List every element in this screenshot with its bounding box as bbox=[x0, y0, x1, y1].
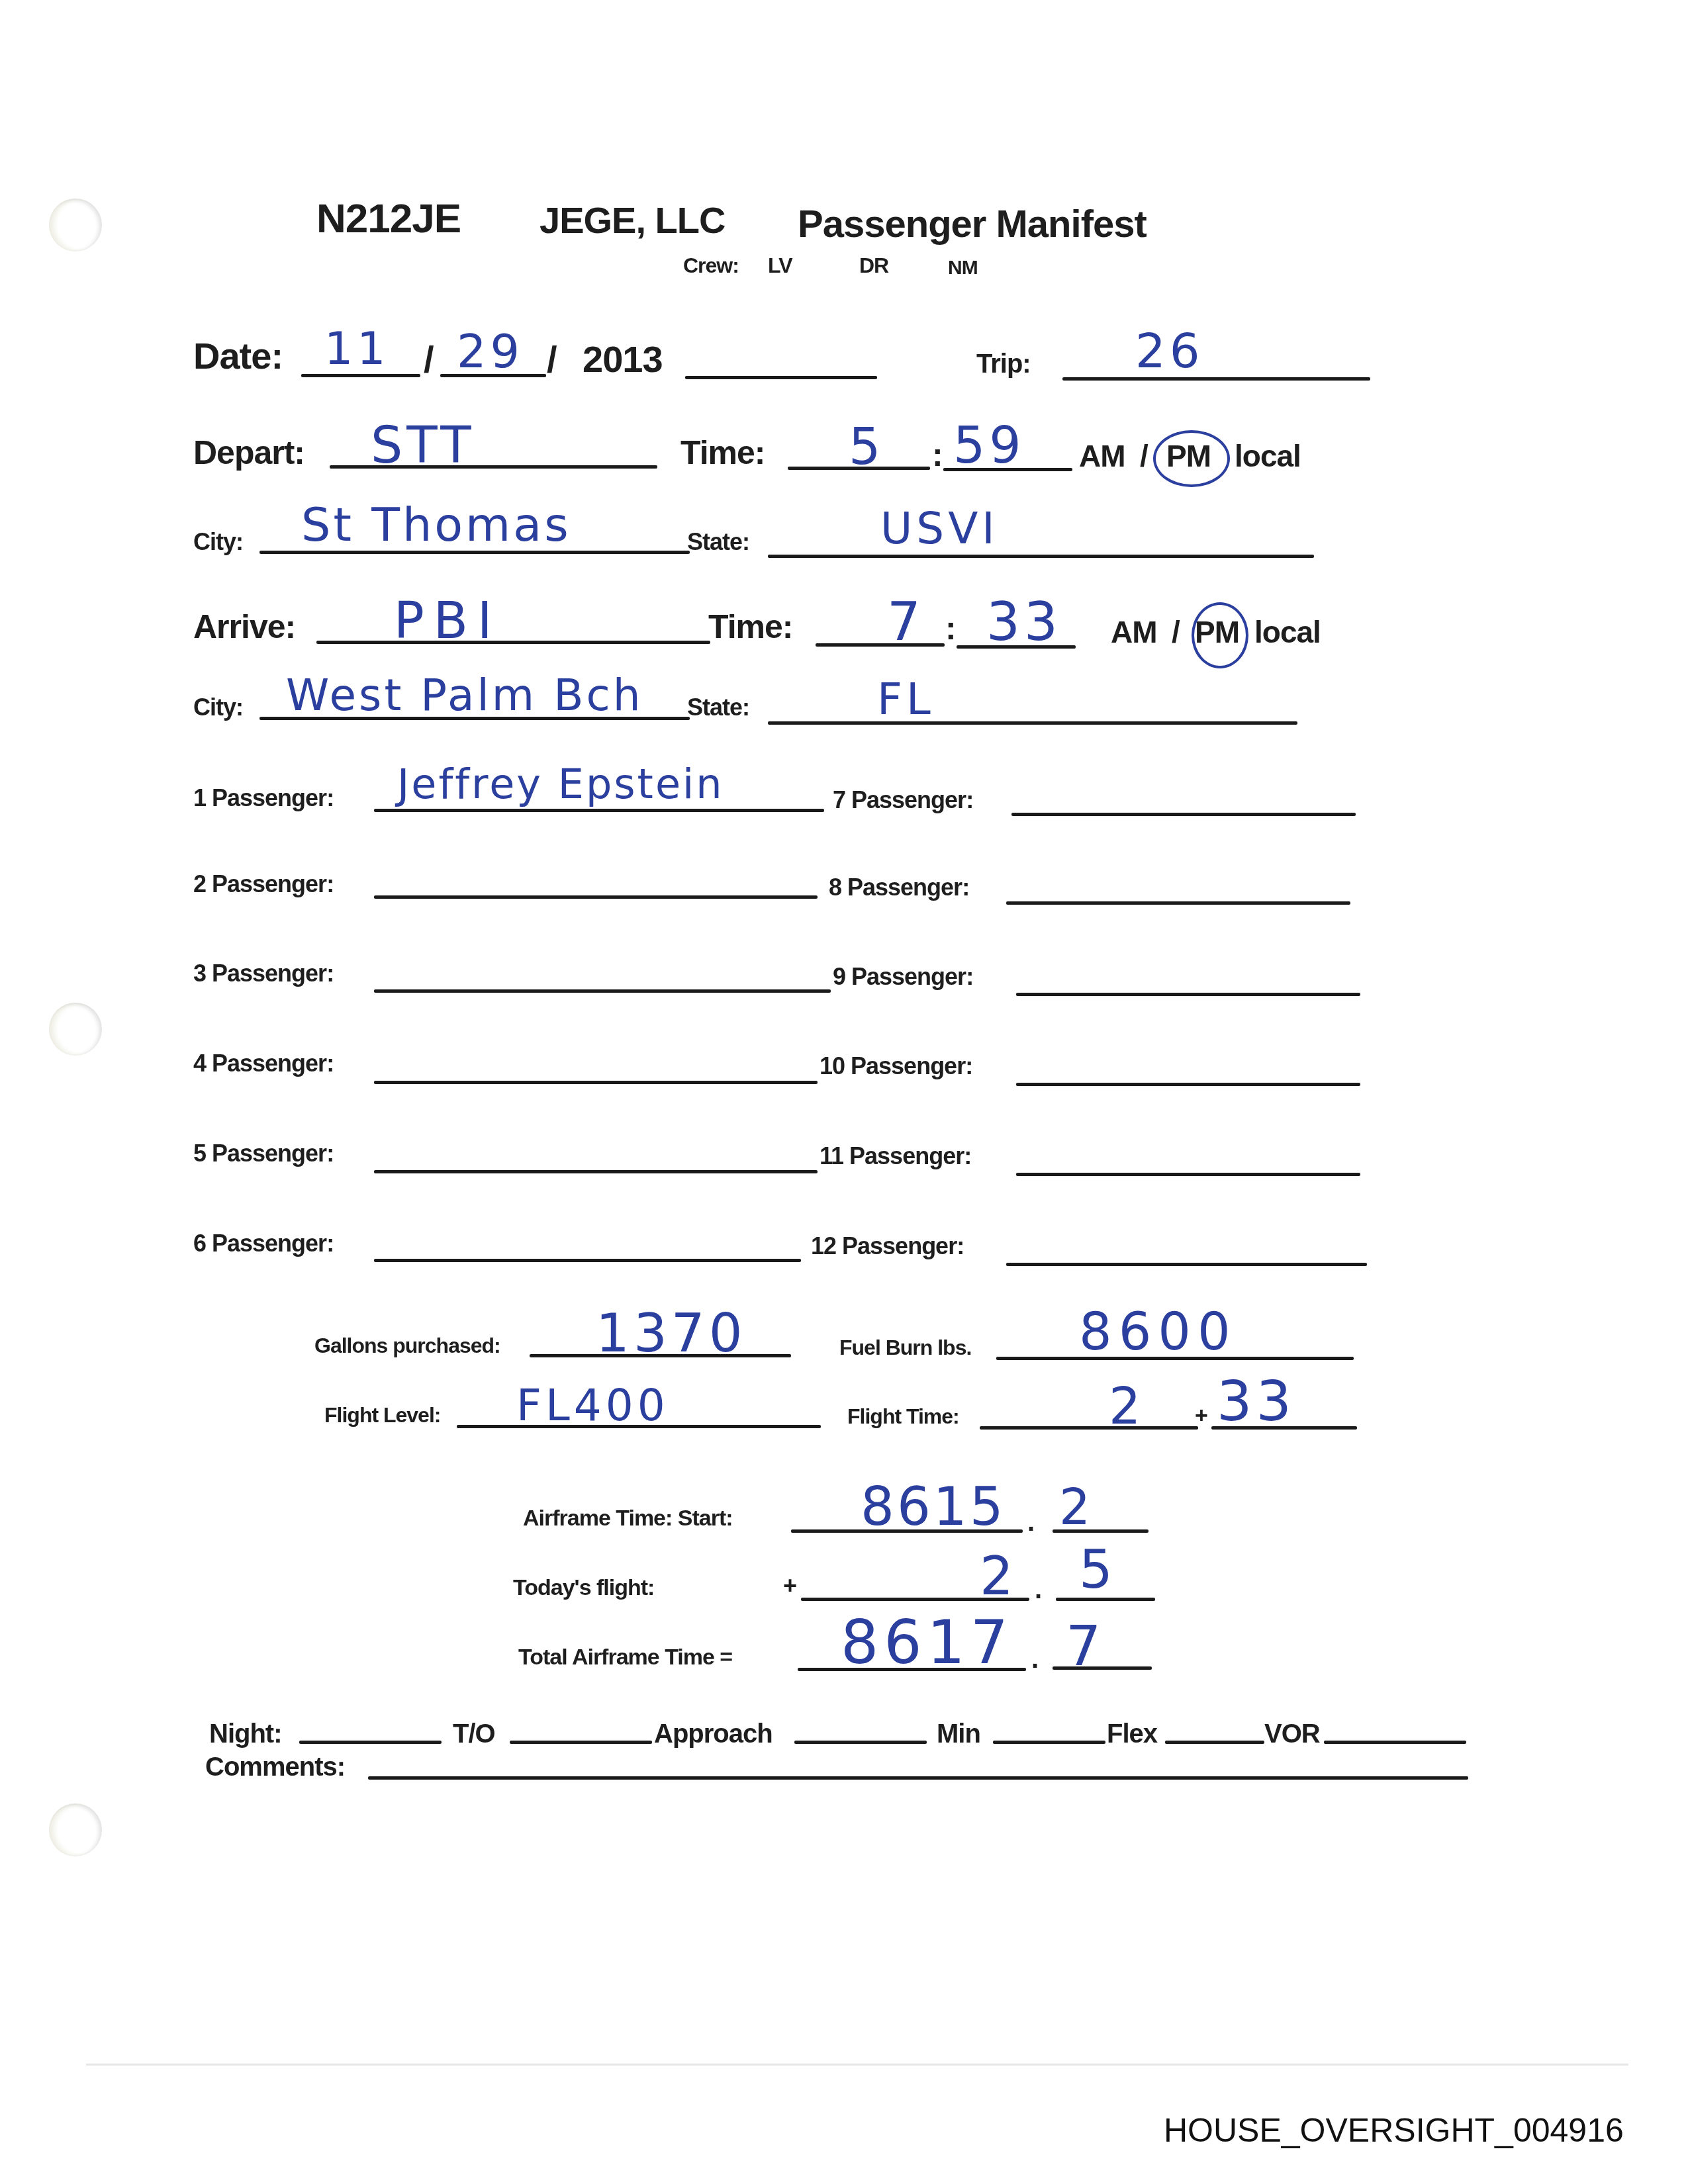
depart-label: Depart: bbox=[193, 433, 305, 472]
flight-time-minutes-value[interactable]: 33 bbox=[1217, 1369, 1295, 1433]
airframe-start-label: Airframe Time: Start: bbox=[523, 1506, 733, 1531]
total-airframe-whole-value[interactable]: 8617 bbox=[841, 1608, 1013, 1678]
date-sep-2: / bbox=[547, 338, 557, 381]
arrive-city-value[interactable]: West Palm Bch bbox=[286, 670, 643, 721]
todays-flight-whole-value[interactable]: 2 bbox=[980, 1545, 1017, 1607]
trip-line bbox=[1062, 377, 1370, 381]
passenger-line bbox=[374, 989, 831, 993]
airframe-start-dot: . bbox=[1027, 1508, 1034, 1537]
flight-time-label: Flight Time: bbox=[847, 1404, 959, 1429]
total-airframe-dot: . bbox=[1031, 1645, 1038, 1674]
comments-line[interactable] bbox=[368, 1776, 1468, 1780]
arrive-city-label: City: bbox=[193, 694, 243, 721]
arrive-time-label: Time: bbox=[708, 608, 792, 646]
passenger-label: 8 Passenger: bbox=[829, 874, 969, 901]
todays-flight-dot: . bbox=[1035, 1575, 1041, 1605]
arrive-time-colon: : bbox=[945, 609, 956, 647]
comments-label: Comments: bbox=[205, 1752, 345, 1782]
todays-flight-label: Today's flight: bbox=[513, 1575, 654, 1601]
fuel-burn-label: Fuel Burn lbs. bbox=[839, 1336, 971, 1360]
arrive-ampm-slash: / bbox=[1172, 614, 1180, 650]
date-month-value[interactable]: 11 bbox=[324, 323, 390, 375]
flex-line bbox=[1165, 1741, 1264, 1744]
depart-city-value[interactable]: St Thomas bbox=[301, 498, 571, 552]
takeoff-line bbox=[510, 1741, 652, 1744]
passenger-line bbox=[1016, 1173, 1360, 1176]
gallons-purchased-label: Gallons purchased: bbox=[314, 1334, 500, 1358]
vor-label: VOR bbox=[1264, 1719, 1320, 1749]
night-label: Night: bbox=[209, 1719, 282, 1749]
date-day-value[interactable]: 29 bbox=[457, 324, 524, 379]
date-label: Date: bbox=[193, 334, 283, 377]
crew-member-2: DR bbox=[859, 253, 888, 278]
arrive-line bbox=[316, 641, 710, 644]
flight-time-plus: + bbox=[1195, 1403, 1207, 1429]
passenger-line bbox=[1006, 901, 1350, 905]
flight-time-hours-line bbox=[980, 1426, 1198, 1430]
arrive-hour-value[interactable]: 7 bbox=[887, 591, 925, 653]
company-name: JEGE, LLC bbox=[539, 199, 725, 242]
depart-time-label: Time: bbox=[680, 433, 765, 472]
depart-value[interactable]: STT bbox=[371, 416, 475, 475]
passenger-name-value[interactable]: Jeffrey Epstein bbox=[397, 760, 724, 808]
arrive-local: local bbox=[1254, 614, 1321, 650]
arrive-state-line bbox=[768, 721, 1297, 725]
date-year-line bbox=[685, 376, 877, 379]
binder-hole-bottom bbox=[49, 1803, 102, 1856]
flex-label: Flex bbox=[1107, 1719, 1157, 1749]
passenger-line bbox=[374, 1081, 818, 1084]
approach-line bbox=[794, 1741, 927, 1744]
tail-number: N212JE bbox=[316, 195, 461, 242]
depart-state-line bbox=[768, 555, 1314, 558]
arrive-hour-line bbox=[816, 643, 945, 647]
date-year: 2013 bbox=[583, 338, 663, 381]
depart-minute-value[interactable]: 59 bbox=[953, 416, 1025, 475]
date-sep-1: / bbox=[424, 338, 434, 381]
passenger-line bbox=[374, 895, 818, 899]
page-bottom-divider bbox=[86, 2064, 1628, 2066]
passenger-label: 10 Passenger: bbox=[820, 1052, 972, 1080]
passenger-line bbox=[374, 1259, 801, 1262]
crew-member-1: LV bbox=[768, 253, 792, 278]
depart-am[interactable]: AM bbox=[1079, 438, 1125, 474]
passenger-line bbox=[374, 809, 824, 812]
arrive-label: Arrive: bbox=[193, 608, 295, 646]
passenger-label: 1 Passenger: bbox=[193, 784, 334, 812]
passenger-label: 4 Passenger: bbox=[193, 1050, 334, 1077]
airframe-start-whole-value[interactable]: 8615 bbox=[861, 1476, 1006, 1537]
page-title: Passenger Manifest bbox=[798, 202, 1147, 246]
depart-pm-selected-circle bbox=[1153, 430, 1230, 487]
flight-level-value[interactable]: FL400 bbox=[516, 1380, 669, 1431]
depart-state-value[interactable]: USVI bbox=[880, 503, 999, 554]
fuel-burn-value[interactable]: 8600 bbox=[1079, 1302, 1237, 1362]
passenger-line bbox=[1016, 1083, 1360, 1086]
flight-time-hours-value[interactable]: 2 bbox=[1109, 1377, 1145, 1435]
gallons-purchased-value[interactable]: 1370 bbox=[596, 1302, 747, 1364]
depart-city-label: City: bbox=[193, 528, 243, 556]
depart-time-colon: : bbox=[932, 435, 943, 474]
todays-flight-tenth-value[interactable]: 5 bbox=[1079, 1539, 1117, 1600]
binder-hole-top bbox=[49, 199, 102, 251]
binder-hole-middle bbox=[49, 1003, 102, 1056]
airframe-start-tenth-value[interactable]: 2 bbox=[1059, 1479, 1094, 1536]
passenger-line bbox=[374, 1170, 818, 1173]
trip-value[interactable]: 26 bbox=[1135, 323, 1204, 379]
depart-state-label: State: bbox=[687, 528, 749, 556]
night-line bbox=[299, 1741, 442, 1744]
passenger-label: 5 Passenger: bbox=[193, 1140, 334, 1167]
passenger-label: 6 Passenger: bbox=[193, 1230, 334, 1257]
trip-label: Trip: bbox=[976, 349, 1031, 379]
passenger-line bbox=[1011, 813, 1356, 816]
total-airframe-tenth-value[interactable]: 7 bbox=[1066, 1614, 1105, 1678]
passenger-label: 2 Passenger: bbox=[193, 870, 334, 898]
arrive-am[interactable]: AM bbox=[1111, 614, 1157, 650]
arrive-pm-selected-circle bbox=[1192, 602, 1248, 668]
takeoff-label: T/O bbox=[453, 1719, 495, 1749]
flight-level-label: Flight Level: bbox=[324, 1403, 440, 1428]
vor-line bbox=[1324, 1741, 1466, 1744]
passenger-label: 3 Passenger: bbox=[193, 960, 334, 987]
crew-label: Crew: bbox=[683, 253, 739, 278]
passenger-label: 11 Passenger: bbox=[820, 1142, 971, 1170]
passenger-label: 9 Passenger: bbox=[833, 963, 973, 991]
crew-member-3: NM bbox=[948, 257, 978, 279]
arrive-state-label: State: bbox=[687, 694, 749, 721]
arrive-minute-value[interactable]: 33 bbox=[986, 591, 1062, 653]
min-label: Min bbox=[937, 1719, 980, 1749]
depart-local: local bbox=[1235, 438, 1301, 474]
depart-ampm-slash: / bbox=[1140, 438, 1148, 474]
bates-number: HOUSE_OVERSIGHT_004916 bbox=[1164, 2111, 1624, 2150]
min-line bbox=[993, 1741, 1105, 1744]
arrive-state-value[interactable]: FL bbox=[877, 674, 935, 725]
todays-flight-plus: + bbox=[783, 1572, 796, 1600]
approach-label: Approach bbox=[654, 1719, 773, 1749]
passenger-label: 12 Passenger: bbox=[811, 1232, 964, 1260]
total-airframe-label: Total Airframe Time = bbox=[518, 1645, 732, 1670]
depart-hour-value[interactable]: 5 bbox=[849, 417, 884, 476]
arrive-value[interactable]: PBI bbox=[394, 591, 501, 650]
passenger-line bbox=[1016, 993, 1360, 996]
passenger-line bbox=[1006, 1263, 1367, 1266]
passenger-label: 7 Passenger: bbox=[833, 786, 973, 814]
